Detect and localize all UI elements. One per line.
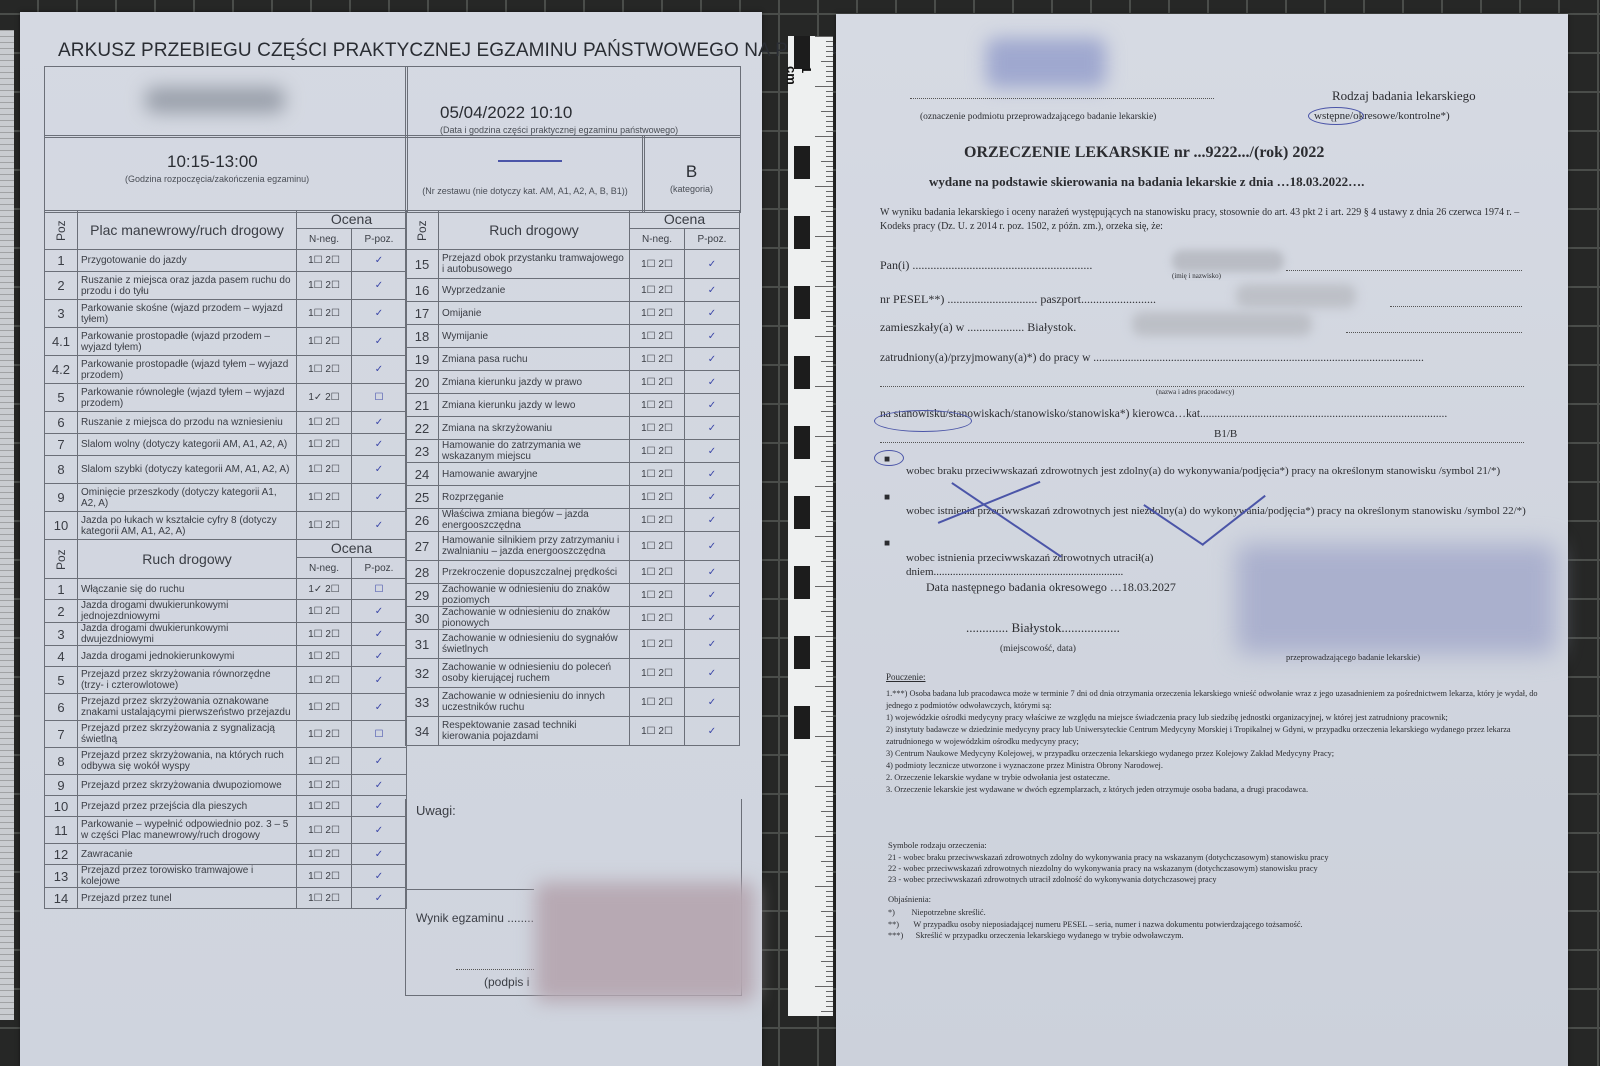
row-label: Zmiana kierunku jazdy w prawo bbox=[439, 371, 630, 394]
row-ppoz-checkbox[interactable]: ✓ bbox=[685, 348, 740, 371]
row-nneg-checkboxes[interactable]: 1☐ 2☐ bbox=[297, 844, 352, 865]
table-row: 17Omijanie1☐ 2☐✓ bbox=[406, 302, 740, 325]
row-nneg-checkboxes[interactable]: 1☐ 2☐ bbox=[297, 796, 352, 817]
row-nneg-checkboxes[interactable]: 1☐ 2☐ bbox=[297, 600, 352, 623]
ruler-tick bbox=[826, 381, 833, 382]
table-row: 12Zawracanie1☐ 2☐✓ bbox=[45, 844, 407, 865]
row-nneg-checkboxes[interactable]: 1☐ 2☐ bbox=[630, 325, 685, 348]
ruler-tick bbox=[826, 771, 833, 772]
row-ppoz-checkbox[interactable]: ✓ bbox=[352, 817, 407, 844]
row-nneg-checkboxes[interactable]: 1✓ 2☐ bbox=[297, 384, 352, 412]
row-nneg-checkboxes[interactable]: 1☐ 2☐ bbox=[630, 659, 685, 688]
row-nneg-checkboxes[interactable]: 1☐ 2☐ bbox=[297, 272, 352, 300]
ruler-tick bbox=[826, 121, 833, 122]
row-ppoz-checkbox[interactable]: ✓ bbox=[685, 394, 740, 417]
row-ppoz-checkbox[interactable]: ✓ bbox=[352, 434, 407, 456]
row-label: Przejazd przez skrzyżowania oznakowane z… bbox=[78, 694, 297, 721]
table-row: 15Przejazd obok przystanku tramwajowego … bbox=[406, 250, 740, 279]
position-line bbox=[880, 442, 1524, 443]
table-header: PozRuch drogowyOcena bbox=[45, 540, 407, 558]
row-nneg-checkboxes[interactable]: 1☐ 2☐ bbox=[630, 394, 685, 417]
row-ppoz-checkbox[interactable]: ✓ bbox=[685, 688, 740, 717]
exam-type-label: Rodzaj badania lekarskiego bbox=[1332, 88, 1476, 104]
row-ppoz-checkbox[interactable]: ✓ bbox=[685, 509, 740, 532]
ruler-tick bbox=[826, 176, 833, 177]
ruler-tick bbox=[826, 551, 833, 552]
row-nneg-checkboxes[interactable]: 1✓ 2☐ bbox=[297, 579, 352, 600]
ruler-tick bbox=[826, 526, 833, 527]
row-nneg-checkboxes[interactable]: 1☐ 2☐ bbox=[297, 865, 352, 888]
row-nneg-checkboxes[interactable]: 1☐ 2☐ bbox=[297, 328, 352, 356]
ruler-block bbox=[794, 706, 810, 739]
ruler-tick bbox=[826, 906, 833, 907]
row-label: Ruszanie z miejsca oraz jazda pasem ruch… bbox=[78, 272, 297, 300]
row-nneg-checkboxes[interactable]: 1☐ 2☐ bbox=[297, 694, 352, 721]
row-poz: 14 bbox=[45, 888, 78, 909]
row-nneg-checkboxes[interactable]: 1☐ 2☐ bbox=[630, 250, 685, 279]
ruler-tick bbox=[826, 171, 833, 172]
ruler-tick bbox=[826, 426, 833, 427]
row-poz: 34 bbox=[406, 717, 439, 746]
row-ppoz-checkbox[interactable]: ✓ bbox=[685, 486, 740, 509]
row-ppoz-checkbox[interactable]: ✓ bbox=[352, 775, 407, 796]
row-poz: 2 bbox=[45, 600, 78, 623]
row-ppoz-checkbox[interactable]: ✓ bbox=[685, 630, 740, 659]
row-ppoz-checkbox[interactable]: ✓ bbox=[352, 694, 407, 721]
ruler-tick bbox=[821, 111, 833, 112]
row-poz: 16 bbox=[406, 279, 439, 302]
ruler-tick bbox=[826, 271, 833, 272]
row-poz: 9 bbox=[45, 484, 78, 512]
row-poz: 13 bbox=[45, 865, 78, 888]
ruler-tick bbox=[826, 156, 833, 157]
col-nneg: N-neg. bbox=[630, 229, 685, 250]
ruler-tick bbox=[826, 871, 833, 872]
ruler-tick bbox=[815, 436, 833, 437]
place-date: ............. Białystok.................… bbox=[966, 620, 1120, 636]
decision-3: wobec istnienia przeciwwskazań zdrowotny… bbox=[906, 552, 1153, 564]
row-label: Przygotowanie do jazdy bbox=[78, 250, 297, 272]
row-poz: 10 bbox=[45, 512, 78, 540]
row-ppoz-checkbox[interactable]: ✓ bbox=[352, 623, 407, 646]
table-row: 31Zachowanie w odniesieniu do sygnałów ś… bbox=[406, 630, 740, 659]
employment-field: zatrudniony(a)/przyjmowany(a)*) do pracy… bbox=[880, 352, 1424, 364]
ruler-tick bbox=[826, 151, 833, 152]
row-ppoz-checkbox[interactable]: ✓ bbox=[685, 302, 740, 325]
next-exam-date: Data następnego badania okresowego …18.0… bbox=[926, 580, 1176, 595]
ruler-tick bbox=[815, 786, 833, 787]
row-label: Parkowanie prostopadłe (wjazd przodem – … bbox=[78, 328, 297, 356]
row-ppoz-checkbox[interactable]: ✓ bbox=[685, 607, 740, 630]
ruler-tick bbox=[826, 1001, 833, 1002]
row-nneg-checkboxes[interactable]: 1☐ 2☐ bbox=[630, 486, 685, 509]
table-row: 28Przekroczenie dopuszczalnej prędkości1… bbox=[406, 561, 740, 584]
row-ppoz-checkbox[interactable]: ☐ bbox=[352, 721, 407, 748]
instruction-item: 1) wojewódzkie ośrodki medycyny pracy wł… bbox=[886, 712, 1546, 724]
row-ppoz-checkbox[interactable]: ✓ bbox=[352, 667, 407, 694]
row-label: Zachowanie w odniesieniu do poleceń osob… bbox=[439, 659, 630, 688]
row-nneg-checkboxes[interactable]: 1☐ 2☐ bbox=[297, 484, 352, 512]
row-poz: 30 bbox=[406, 607, 439, 630]
col-nneg: N-neg. bbox=[297, 229, 352, 250]
pesel-line bbox=[1390, 306, 1522, 307]
ruler-tick bbox=[826, 196, 833, 197]
ruler-tick bbox=[826, 221, 833, 222]
ruler-tick bbox=[815, 336, 833, 337]
category-box: B (kategoria) bbox=[642, 135, 741, 213]
row-nneg-checkboxes[interactable]: 1☐ 2☐ bbox=[630, 561, 685, 584]
row-poz: 31 bbox=[406, 630, 439, 659]
row-label: Hamowanie do zatrzymania we wskazanym mi… bbox=[439, 440, 630, 463]
row-poz: 32 bbox=[406, 659, 439, 688]
ruler-tick bbox=[826, 446, 833, 447]
row-nneg-checkboxes[interactable]: 1☐ 2☐ bbox=[630, 302, 685, 325]
row-nneg-checkboxes[interactable]: 1☐ 2☐ bbox=[630, 607, 685, 630]
ruler-tick bbox=[821, 461, 833, 462]
row-ppoz-checkbox[interactable]: ✓ bbox=[352, 646, 407, 667]
table-header: PozPlac manewrowy/ruch drogowyOcena bbox=[45, 211, 407, 229]
ruler-tick bbox=[826, 731, 833, 732]
row-nneg-checkboxes[interactable]: 1☐ 2☐ bbox=[630, 688, 685, 717]
row-ppoz-checkbox[interactable]: ✓ bbox=[352, 484, 407, 512]
ruler-tick bbox=[826, 46, 833, 47]
ruler-tick bbox=[826, 131, 833, 132]
ruler-tick bbox=[826, 966, 833, 967]
row-ppoz-checkbox[interactable]: ✓ bbox=[352, 412, 407, 434]
ruler-tick bbox=[826, 621, 833, 622]
row-ppoz-checkbox[interactable]: ✓ bbox=[352, 250, 407, 272]
ruler-block bbox=[794, 356, 810, 389]
ruler-tick bbox=[826, 631, 833, 632]
row-ppoz-checkbox[interactable]: ✓ bbox=[352, 300, 407, 328]
row-nneg-checkboxes[interactable]: 1☐ 2☐ bbox=[630, 630, 685, 659]
row-label: Rozprzęganie bbox=[439, 486, 630, 509]
row-label: Zachowanie w odniesieniu do znaków piono… bbox=[439, 607, 630, 630]
ruler-tick bbox=[821, 961, 833, 962]
row-nneg-checkboxes[interactable]: 1☐ 2☐ bbox=[630, 417, 685, 440]
row-ppoz-checkbox[interactable]: ✓ bbox=[685, 371, 740, 394]
selected-exam-type-circle bbox=[1308, 107, 1364, 125]
ruler-tick bbox=[826, 601, 833, 602]
ruler-tick bbox=[826, 926, 833, 927]
table-row: 3Jazda drogami dwukierunkowymi dwujezdni… bbox=[45, 623, 407, 646]
set-number-box: (Nr zestawu (nie dotyczy kat. AM, A1, A2… bbox=[405, 135, 645, 213]
row-ppoz-checkbox[interactable]: ✓ bbox=[352, 328, 407, 356]
row-ppoz-checkbox[interactable]: ✓ bbox=[352, 865, 407, 888]
ruler-tick bbox=[826, 591, 833, 592]
ruler-block bbox=[794, 636, 810, 669]
decision-3-bullet: ■ bbox=[884, 538, 890, 549]
ruler-tick bbox=[826, 116, 833, 117]
row-ppoz-checkbox[interactable]: ✓ bbox=[352, 748, 407, 775]
ruler-tick bbox=[826, 106, 833, 107]
row-nneg-checkboxes[interactable]: 1☐ 2☐ bbox=[297, 412, 352, 434]
ruler-tick bbox=[826, 881, 833, 882]
ruler-tick bbox=[826, 971, 833, 972]
row-poz: 28 bbox=[406, 561, 439, 584]
row-label: Zmiana na skrzyżowaniu bbox=[439, 417, 630, 440]
table-row: 24Hamowanie awaryjne1☐ 2☐✓ bbox=[406, 463, 740, 486]
ruler-tick bbox=[826, 66, 833, 67]
ruler-tick bbox=[826, 401, 833, 402]
ruler-tick bbox=[826, 166, 833, 167]
row-label: Przekroczenie dopuszczalnej prędkości bbox=[439, 561, 630, 584]
set-number-value bbox=[498, 160, 562, 162]
row-nneg-checkboxes[interactable]: 1☐ 2☐ bbox=[297, 888, 352, 909]
table-row: 19Zmiana pasa ruchu1☐ 2☐✓ bbox=[406, 348, 740, 371]
row-label: Jazda drogami dwukierunkowymi dwujezdnio… bbox=[78, 623, 297, 646]
ruler-tick bbox=[826, 866, 833, 867]
row-nneg-checkboxes[interactable]: 1☐ 2☐ bbox=[297, 775, 352, 796]
ruler-tick bbox=[821, 761, 833, 762]
ruler-tick bbox=[826, 701, 833, 702]
ruler-tick bbox=[826, 291, 833, 292]
row-nneg-checkboxes[interactable]: 1☐ 2☐ bbox=[630, 717, 685, 746]
row-poz: 24 bbox=[406, 463, 439, 486]
row-poz: 4.2 bbox=[45, 356, 78, 384]
ruler-tick bbox=[826, 456, 833, 457]
ruler-tick bbox=[826, 246, 833, 247]
row-ppoz-checkbox[interactable]: ✓ bbox=[685, 659, 740, 688]
ruler-tick bbox=[826, 671, 833, 672]
ruler-tick bbox=[826, 331, 833, 332]
table-row: 13Przejazd przez torowisko tramwajowe i … bbox=[45, 865, 407, 888]
ruler-tick bbox=[826, 356, 833, 357]
ruler-tick bbox=[826, 996, 833, 997]
name-caption: (imię i nazwisko) bbox=[1172, 272, 1221, 280]
row-ppoz-checkbox[interactable]: ✓ bbox=[685, 584, 740, 607]
ruler-tick bbox=[826, 796, 833, 797]
row-label: Właściwa zmiana biegów – jazda energoosz… bbox=[439, 509, 630, 532]
row-nneg-checkboxes[interactable]: 1☐ 2☐ bbox=[630, 440, 685, 463]
row-ppoz-checkbox[interactable]: ✓ bbox=[352, 600, 407, 623]
ruler-tick bbox=[826, 896, 833, 897]
row-nneg-checkboxes[interactable]: 1☐ 2☐ bbox=[630, 463, 685, 486]
row-ppoz-checkbox[interactable]: ✓ bbox=[685, 325, 740, 348]
row-ppoz-checkbox[interactable]: ✓ bbox=[685, 250, 740, 279]
row-ppoz-checkbox[interactable]: ✓ bbox=[352, 272, 407, 300]
ruler-tick bbox=[826, 991, 833, 992]
table-row: 5Parkowanie równoległe (wjazd tyłem – wy… bbox=[45, 384, 407, 412]
ruler-block bbox=[794, 36, 810, 69]
ruler-tick bbox=[826, 71, 833, 72]
ruler-tick bbox=[826, 516, 833, 517]
ruler-tick bbox=[826, 301, 833, 302]
date-box: 05/04/2022 10:10 (Data i godzina części … bbox=[405, 66, 741, 138]
pesel-field: nr PESEL**) ............................… bbox=[880, 292, 1156, 307]
row-nneg-checkboxes[interactable]: 1☐ 2☐ bbox=[297, 623, 352, 646]
row-poz: 10 bbox=[45, 796, 78, 817]
ruler-tick bbox=[826, 716, 833, 717]
row-label: Wymijanie bbox=[439, 325, 630, 348]
maneuver-table: PozPlac manewrowy/ruch drogowyOcenaN-neg… bbox=[44, 210, 407, 909]
row-nneg-checkboxes[interactable]: 1☐ 2☐ bbox=[297, 434, 352, 456]
ruler-tick bbox=[826, 476, 833, 477]
col-poz: Poz bbox=[45, 211, 78, 250]
table-row: 1Przygotowanie do jazdy1☐ 2☐✓ bbox=[45, 250, 407, 272]
row-ppoz-checkbox[interactable]: ✓ bbox=[685, 279, 740, 302]
ruler-tick bbox=[826, 956, 833, 957]
ruler-tick bbox=[826, 581, 833, 582]
ruler-tick bbox=[826, 241, 833, 242]
row-label: Przejazd przez skrzyżowania równorzędne … bbox=[78, 667, 297, 694]
row-poz: 26 bbox=[406, 509, 439, 532]
row-ppoz-checkbox[interactable]: ✓ bbox=[352, 512, 407, 540]
ruler-tick bbox=[826, 496, 833, 497]
row-nneg-checkboxes[interactable]: 1☐ 2☐ bbox=[297, 721, 352, 748]
symbol-item: 21 - wobec braku przeciwwskazań zdrowotn… bbox=[888, 852, 1548, 863]
row-poz: 4 bbox=[45, 646, 78, 667]
row-nneg-checkboxes[interactable]: 1☐ 2☐ bbox=[297, 748, 352, 775]
ruler-tick bbox=[815, 936, 833, 937]
row-poz: 6 bbox=[45, 412, 78, 434]
ruler-tick bbox=[826, 846, 833, 847]
remarks-label: Uwagi: bbox=[416, 803, 456, 818]
instruction-item: 4) podmioty lecznicze utworzone i wyznac… bbox=[886, 760, 1546, 772]
exam-hours: 10:15-13:00 bbox=[167, 152, 258, 172]
ruler-tick bbox=[821, 511, 833, 512]
ruler-tick bbox=[821, 211, 833, 212]
row-nneg-checkboxes[interactable]: 1☐ 2☐ bbox=[297, 667, 352, 694]
row-ppoz-checkbox[interactable]: ✓ bbox=[685, 463, 740, 486]
entity-caption: (oznaczenie podmiotu przeprowadzającego … bbox=[920, 112, 1156, 122]
row-ppoz-checkbox[interactable]: ✓ bbox=[352, 356, 407, 384]
ruler-tick bbox=[826, 181, 833, 182]
table-row: 6Ruszanie z miejsca do przodu na wzniesi… bbox=[45, 412, 407, 434]
row-ppoz-checkbox[interactable]: ✓ bbox=[352, 796, 407, 817]
row-nneg-checkboxes[interactable]: 1☐ 2☐ bbox=[297, 817, 352, 844]
ruler-tick bbox=[826, 421, 833, 422]
row-label: Slalom szybki (dotyczy kategorii AM, A1,… bbox=[78, 456, 297, 484]
table-row: 6Przejazd przez skrzyżowania oznakowane … bbox=[45, 694, 407, 721]
ruler-tick bbox=[826, 981, 833, 982]
ruler-tick bbox=[826, 281, 833, 282]
decision-1: wobec braku przeciwwskazań zdrowotnych j… bbox=[906, 464, 1536, 479]
row-nneg-checkboxes[interactable]: 1☐ 2☐ bbox=[630, 348, 685, 371]
ruler-tick bbox=[826, 506, 833, 507]
ruler-tick bbox=[826, 651, 833, 652]
table-header: PozRuch drogowyOcena bbox=[406, 211, 740, 229]
row-label: Zmiana pasa ruchu bbox=[439, 348, 630, 371]
examinee-box bbox=[44, 66, 408, 138]
ruler-tick bbox=[826, 921, 833, 922]
row-ppoz-checkbox[interactable]: ✓ bbox=[685, 717, 740, 746]
row-ppoz-checkbox[interactable]: ✓ bbox=[685, 440, 740, 463]
ruler-tick bbox=[826, 571, 833, 572]
redacted-examinee bbox=[145, 87, 285, 113]
place-date-caption: (miejscowość, data) bbox=[1000, 644, 1076, 654]
ruler-tick bbox=[821, 661, 833, 662]
row-ppoz-checkbox[interactable]: ✓ bbox=[685, 532, 740, 561]
ruler-tick bbox=[826, 76, 833, 77]
row-poz: 2 bbox=[45, 272, 78, 300]
ruler-tick bbox=[826, 666, 833, 667]
row-ppoz-checkbox[interactable]: ☐ bbox=[352, 384, 407, 412]
ruler-tick bbox=[826, 396, 833, 397]
ruler-tick bbox=[821, 1011, 833, 1012]
ruler-tick bbox=[826, 841, 833, 842]
row-ppoz-checkbox[interactable]: ✓ bbox=[352, 888, 407, 909]
row-label: Zachowanie w odniesieniu do sygnałów świ… bbox=[439, 630, 630, 659]
name-field: Pan(i) .................................… bbox=[880, 258, 1092, 273]
row-ppoz-checkbox[interactable]: ✓ bbox=[685, 561, 740, 584]
row-nneg-checkboxes[interactable]: 1☐ 2☐ bbox=[630, 584, 685, 607]
row-nneg-checkboxes[interactable]: 1☐ 2☐ bbox=[297, 456, 352, 484]
explanation-item: *) Niepotrzebne skreślić. bbox=[888, 907, 1548, 919]
ruler-tick bbox=[826, 376, 833, 377]
row-poz: 21 bbox=[406, 394, 439, 417]
decision-2-bullet: ■ bbox=[884, 492, 890, 503]
ruler-tick bbox=[815, 86, 833, 87]
selected-decision-circle bbox=[874, 450, 904, 466]
row-label: Parkowanie prostopadłe (wjazd tyłem – wy… bbox=[78, 356, 297, 384]
ruler-tick bbox=[826, 556, 833, 557]
row-poz: 29 bbox=[406, 584, 439, 607]
row-poz: 4.1 bbox=[45, 328, 78, 356]
ruler-tick bbox=[826, 256, 833, 257]
row-nneg-checkboxes[interactable]: 1☐ 2☐ bbox=[297, 250, 352, 272]
ruler-tick bbox=[826, 941, 833, 942]
instruction-item: 1.***) Osoba badana lub pracodawca może … bbox=[886, 688, 1546, 712]
row-nneg-checkboxes[interactable]: 1☐ 2☐ bbox=[630, 371, 685, 394]
row-label: Zawracanie bbox=[78, 844, 297, 865]
category-value: B bbox=[643, 162, 740, 182]
ruler-tick bbox=[826, 831, 833, 832]
ruler-tick bbox=[826, 781, 833, 782]
ruler-tick bbox=[826, 891, 833, 892]
exam-sheet-title: ARKUSZ PRZEBIEGU CZĘŚCI PRAKTYCZNEJ EGZA… bbox=[58, 40, 847, 62]
row-nneg-checkboxes[interactable]: 1☐ 2☐ bbox=[630, 509, 685, 532]
adjacent-paper-edge bbox=[0, 30, 14, 1020]
ruler-tick bbox=[826, 541, 833, 542]
row-label: Przejazd przez torowisko tramwajowe i ko… bbox=[78, 865, 297, 888]
row-nneg-checkboxes[interactable]: 1☐ 2☐ bbox=[297, 646, 352, 667]
ruler-tick bbox=[815, 636, 833, 637]
row-poz: 11 bbox=[45, 817, 78, 844]
instructions-list: 1.***) Osoba badana lub pracodawca może … bbox=[886, 688, 1546, 796]
row-ppoz-checkbox[interactable]: ✓ bbox=[352, 456, 407, 484]
row-nneg-checkboxes[interactable]: 1☐ 2☐ bbox=[630, 279, 685, 302]
table-row: 10Jazda po łukach w kształcie cyfry 8 (d… bbox=[45, 512, 407, 540]
ruler-tick bbox=[826, 366, 833, 367]
col-nneg: N-neg. bbox=[297, 558, 352, 579]
ruler-tick bbox=[826, 206, 833, 207]
row-nneg-checkboxes[interactable]: 1☐ 2☐ bbox=[630, 532, 685, 561]
ruler-tick bbox=[826, 466, 833, 467]
strike-line bbox=[1202, 495, 1266, 545]
ruler-tick bbox=[826, 226, 833, 227]
row-label: Zachowanie w odniesieniu do znaków pozio… bbox=[439, 584, 630, 607]
ruler-tick bbox=[826, 531, 833, 532]
row-ppoz-checkbox[interactable]: ☐ bbox=[352, 579, 407, 600]
row-ppoz-checkbox[interactable]: ✓ bbox=[685, 417, 740, 440]
ruler-tick bbox=[826, 51, 833, 52]
row-nneg-checkboxes[interactable]: 1☐ 2☐ bbox=[297, 356, 352, 384]
row-nneg-checkboxes[interactable]: 1☐ 2☐ bbox=[297, 512, 352, 540]
ruler-tick bbox=[821, 561, 833, 562]
ruler-tick bbox=[826, 406, 833, 407]
ruler-tick bbox=[826, 431, 833, 432]
row-poz: 20 bbox=[406, 371, 439, 394]
ruler-tick bbox=[815, 236, 833, 237]
row-nneg-checkboxes[interactable]: 1☐ 2☐ bbox=[297, 300, 352, 328]
ruler-tick bbox=[826, 321, 833, 322]
entity-line bbox=[910, 98, 1214, 99]
table-row: 27Hamowanie silnikiem przy zatrzymaniu i… bbox=[406, 532, 740, 561]
row-ppoz-checkbox[interactable]: ✓ bbox=[352, 844, 407, 865]
ruler-tick bbox=[815, 986, 833, 987]
ruler-tick bbox=[826, 346, 833, 347]
